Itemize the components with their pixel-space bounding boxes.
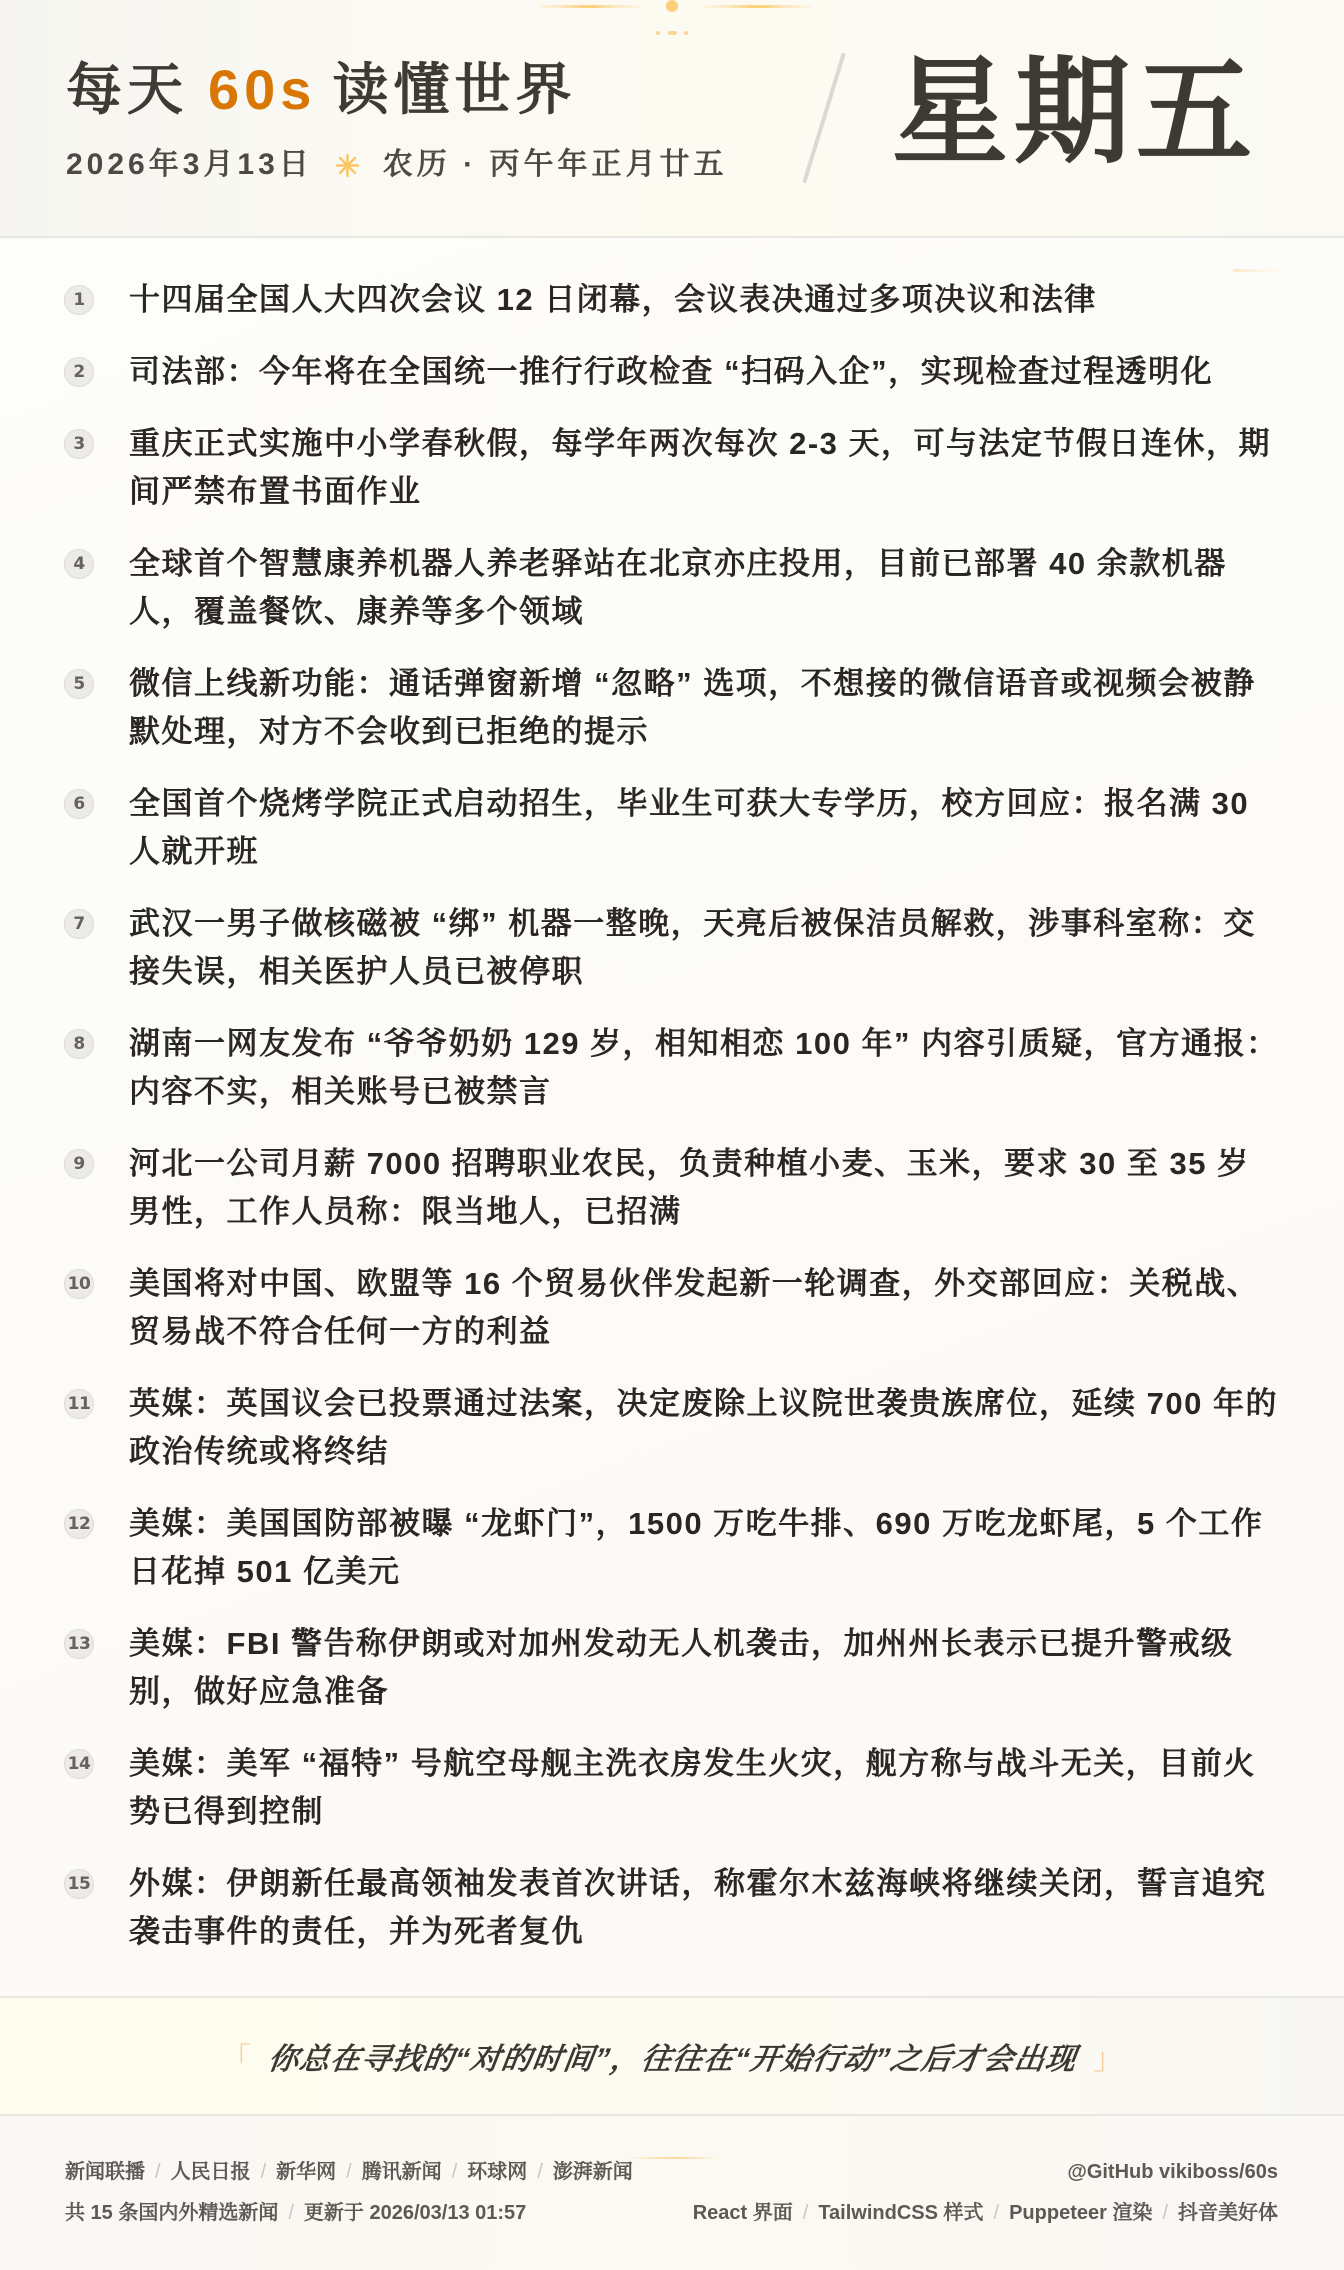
news-index-badge: 3 [64, 429, 94, 459]
source-label: 人民日报 [171, 2161, 251, 2183]
github-credit: @GitHub vikiboss/60s [1067, 2158, 1278, 2186]
footer-row-2: 共 15 条国内外精选新闻/更新于 2026/03/13 01:57 React… [65, 2199, 1278, 2227]
news-item: 4全球首个智慧康养机器人养老驿站在北京亦庄投用，目前已部署 40 余款机器人，覆… [64, 540, 1280, 636]
footer-decoration-line [628, 2157, 718, 2159]
top-decoration-dot [666, 0, 678, 12]
news-text: 武汉一男子做核磁被 “绑” 机器一整晚，天亮后被保洁员解救，涉事科室称：交接失误… [129, 900, 1280, 996]
news-text: 十四届全国人大四次会议 12 日闭幕，会议表决通过多项决议和法律 [129, 276, 1280, 324]
news-text: 美媒：美国国防部被曝 “龙虾门”，1500 万吃牛排、690 万吃龙虾尾，5 个… [129, 1500, 1280, 1596]
lunar-date: 农历 · 丙午年正月廿五 [383, 145, 728, 185]
news-text: 全国首个烧烤学院正式启动招生，毕业生可获大专学历，校方回应：报名满 30 人就开… [129, 780, 1280, 876]
news-item: 6全国首个烧烤学院正式启动招生，毕业生可获大专学历，校方回应：报名满 30 人就… [64, 780, 1280, 876]
sunburst-icon [335, 153, 360, 178]
news-text: 美国将对中国、欧盟等 16 个贸易伙伴发起新一轮调查，外交部回应：关税战、贸易战… [129, 1260, 1280, 1356]
top-decoration-line-left [538, 5, 640, 8]
news-text: 外媒：伊朗新任最高领袖发表首次讲话，称霍尔木兹海峡将继续关闭，誓言追究袭击事件的… [129, 1860, 1280, 1956]
separator: / [288, 2202, 294, 2224]
decoration-line-faint [1233, 269, 1293, 272]
decoration-dot-small [668, 31, 677, 35]
news-index-badge: 14 [64, 1749, 94, 1779]
news-index-badge: 6 [64, 789, 94, 819]
source-label: 新华网 [276, 2161, 336, 2183]
news-text: 美媒：FBI 警告称伊朗或对加州发动无人机袭击，加州州长表示已提升警戒级别，做好… [129, 1620, 1280, 1716]
footer-row-1: 新闻联播/人民日报/新华网/腾讯新闻/环球网/澎湃新闻 @GitHub viki… [65, 2158, 1278, 2186]
news-text: 英媒：英国议会已投票通过法案，决定废除上议院世袭贵族席位，延续 700 年的政治… [129, 1380, 1280, 1476]
separator: / [346, 2161, 352, 2183]
tech-label: React 界面 [693, 2202, 793, 2224]
news-item: 7武汉一男子做核磁被 “绑” 机器一整晚，天亮后被保洁员解救，涉事科室称：交接失… [64, 900, 1280, 996]
news-index-badge: 5 [64, 669, 94, 699]
news-index-badge: 1 [64, 285, 94, 315]
news-item: 8湖南一网友发布 “爷爷奶奶 129 岁，相知相恋 100 年” 内容引质疑，官… [64, 1020, 1280, 1116]
separator: / [803, 2202, 809, 2224]
tech-label: TailwindCSS 样式 [818, 2202, 983, 2224]
quote-close-bracket: 」 [1093, 2034, 1123, 2078]
source-label: 环球网 [467, 2161, 527, 2183]
news-index-badge: 4 [64, 549, 94, 579]
news-text: 湖南一网友发布 “爷爷奶奶 129 岁，相知相恋 100 年” 内容引质疑，官方… [129, 1020, 1280, 1116]
news-index-badge: 2 [64, 357, 94, 387]
separator: / [1162, 2202, 1168, 2224]
news-index-badge: 8 [64, 1029, 94, 1059]
news-item: 12美媒：美国国防部被曝 “龙虾门”，1500 万吃牛排、690 万吃龙虾尾，5… [64, 1500, 1280, 1596]
footer: 新闻联播/人民日报/新华网/腾讯新闻/环球网/澎湃新闻 @GitHub viki… [0, 2116, 1344, 2270]
news-index-badge: 10 [64, 1269, 94, 1299]
separator: / [452, 2161, 458, 2183]
tech-label: 抖音美好体 [1178, 2202, 1278, 2224]
news-item: 10美国将对中国、欧盟等 16 个贸易伙伴发起新一轮调查，外交部回应：关税战、贸… [64, 1260, 1280, 1356]
news-meta: 共 15 条国内外精选新闻/更新于 2026/03/13 01:57 [65, 2199, 526, 2227]
news-index-badge: 9 [64, 1149, 94, 1179]
top-decoration-line-right [703, 5, 812, 8]
separator: / [261, 2161, 267, 2183]
news-index-badge: 7 [64, 909, 94, 939]
news-index-badge: 12 [64, 1509, 94, 1539]
tech-label: Puppeteer 渲染 [1009, 2202, 1152, 2224]
tech-stack: React 界面/TailwindCSS 样式/Puppeteer 渲染/抖音美… [693, 2199, 1278, 2227]
source-label: 新闻联播 [65, 2161, 145, 2183]
source-label: 澎湃新闻 [553, 2161, 633, 2183]
news-index-badge: 13 [64, 1629, 94, 1659]
news-item: 11英媒：英国议会已投票通过法案，决定废除上议院世袭贵族席位，延续 700 年的… [64, 1380, 1280, 1476]
news-sources: 新闻联播/人民日报/新华网/腾讯新闻/环球网/澎湃新闻 [65, 2158, 633, 2186]
news-item: 13美媒：FBI 警告称伊朗或对加州发动无人机袭击，加州州长表示已提升警戒级别，… [64, 1620, 1280, 1716]
news-item: 3重庆正式实施中小学春秋假，每学年两次每次 2-3 天，可与法定节假日连休，期间… [64, 420, 1280, 516]
news-index-badge: 11 [64, 1389, 94, 1419]
news-text: 重庆正式实施中小学春秋假，每学年两次每次 2-3 天，可与法定节假日连休，期间严… [129, 420, 1280, 516]
page-title: 每天60s读懂世界 [66, 58, 576, 122]
separator: / [537, 2161, 543, 2183]
news-text: 司法部：今年将在全国统一推行行政检查 “扫码入企”，实现检查过程透明化 [129, 348, 1280, 396]
news-count: 共 15 条国内外精选新闻 [65, 2202, 278, 2224]
news-list: 1十四届全国人大四次会议 12 日闭幕，会议表决通过多项决议和法律 2司法部：今… [0, 238, 1344, 1996]
title-highlight: 60s [208, 58, 316, 121]
news-index-badge: 15 [64, 1869, 94, 1899]
news-item: 9河北一公司月薪 7000 招聘职业农民，负责种植小麦、玉米，要求 30 至 3… [64, 1140, 1280, 1236]
title-suffix: 读懂世界 [332, 58, 576, 121]
header: 每天60s读懂世界 2026年3月13日 农历 · 丙午年正月廿五 星期五 [0, 0, 1344, 238]
news-text: 美媒：美军 “福特” 号航空母舰主洗衣房发生火灾，舰方称与战斗无关，目前火势已得… [129, 1740, 1280, 1836]
daily-quote: 「 你总在寻找的“对的时间”，往往在“开始行动”之后才会出现 」 [0, 1996, 1344, 2116]
quote-open-bracket: 「 [221, 2034, 251, 2078]
source-label: 腾讯新闻 [362, 2161, 442, 2183]
header-divider-slash [802, 52, 846, 183]
gregorian-date: 2026年3月13日 [66, 145, 313, 185]
separator: / [994, 2202, 1000, 2224]
news-text: 河北一公司月薪 7000 招聘职业农民，负责种植小麦、玉米，要求 30 至 35… [129, 1140, 1280, 1236]
decoration-dot-small [656, 31, 660, 35]
decoration-dot-small [684, 31, 688, 35]
weekday: 星期五 [892, 46, 1258, 178]
news-item: 1十四届全国人大四次会议 12 日闭幕，会议表决通过多项决议和法律 [64, 276, 1280, 324]
updated-time: 更新于 2026/03/13 01:57 [304, 2202, 526, 2224]
title-prefix: 每天 [66, 58, 188, 121]
news-item: 15外媒：伊朗新任最高领袖发表首次讲话，称霍尔木兹海峡将继续关闭，誓言追究袭击事… [64, 1860, 1280, 1956]
news-text: 微信上线新功能：通话弹窗新增 “忽略” 选项，不想接的微信语音或视频会被静默处理… [129, 660, 1280, 756]
news-text: 全球首个智慧康养机器人养老驿站在北京亦庄投用，目前已部署 40 余款机器人，覆盖… [129, 540, 1280, 636]
news-item: 14美媒：美军 “福特” 号航空母舰主洗衣房发生火灾，舰方称与战斗无关，目前火势… [64, 1740, 1280, 1836]
quote-text: 你总在寻找的“对的时间”，往往在“开始行动”之后才会出现 [266, 2034, 1080, 2078]
separator: / [155, 2161, 161, 2183]
news-item: 5微信上线新功能：通话弹窗新增 “忽略” 选项，不想接的微信语音或视频会被静默处… [64, 660, 1280, 756]
news-item: 2司法部：今年将在全国统一推行行政检查 “扫码入企”，实现检查过程透明化 [64, 348, 1280, 396]
date-line: 2026年3月13日 农历 · 丙午年正月廿五 [66, 145, 727, 185]
